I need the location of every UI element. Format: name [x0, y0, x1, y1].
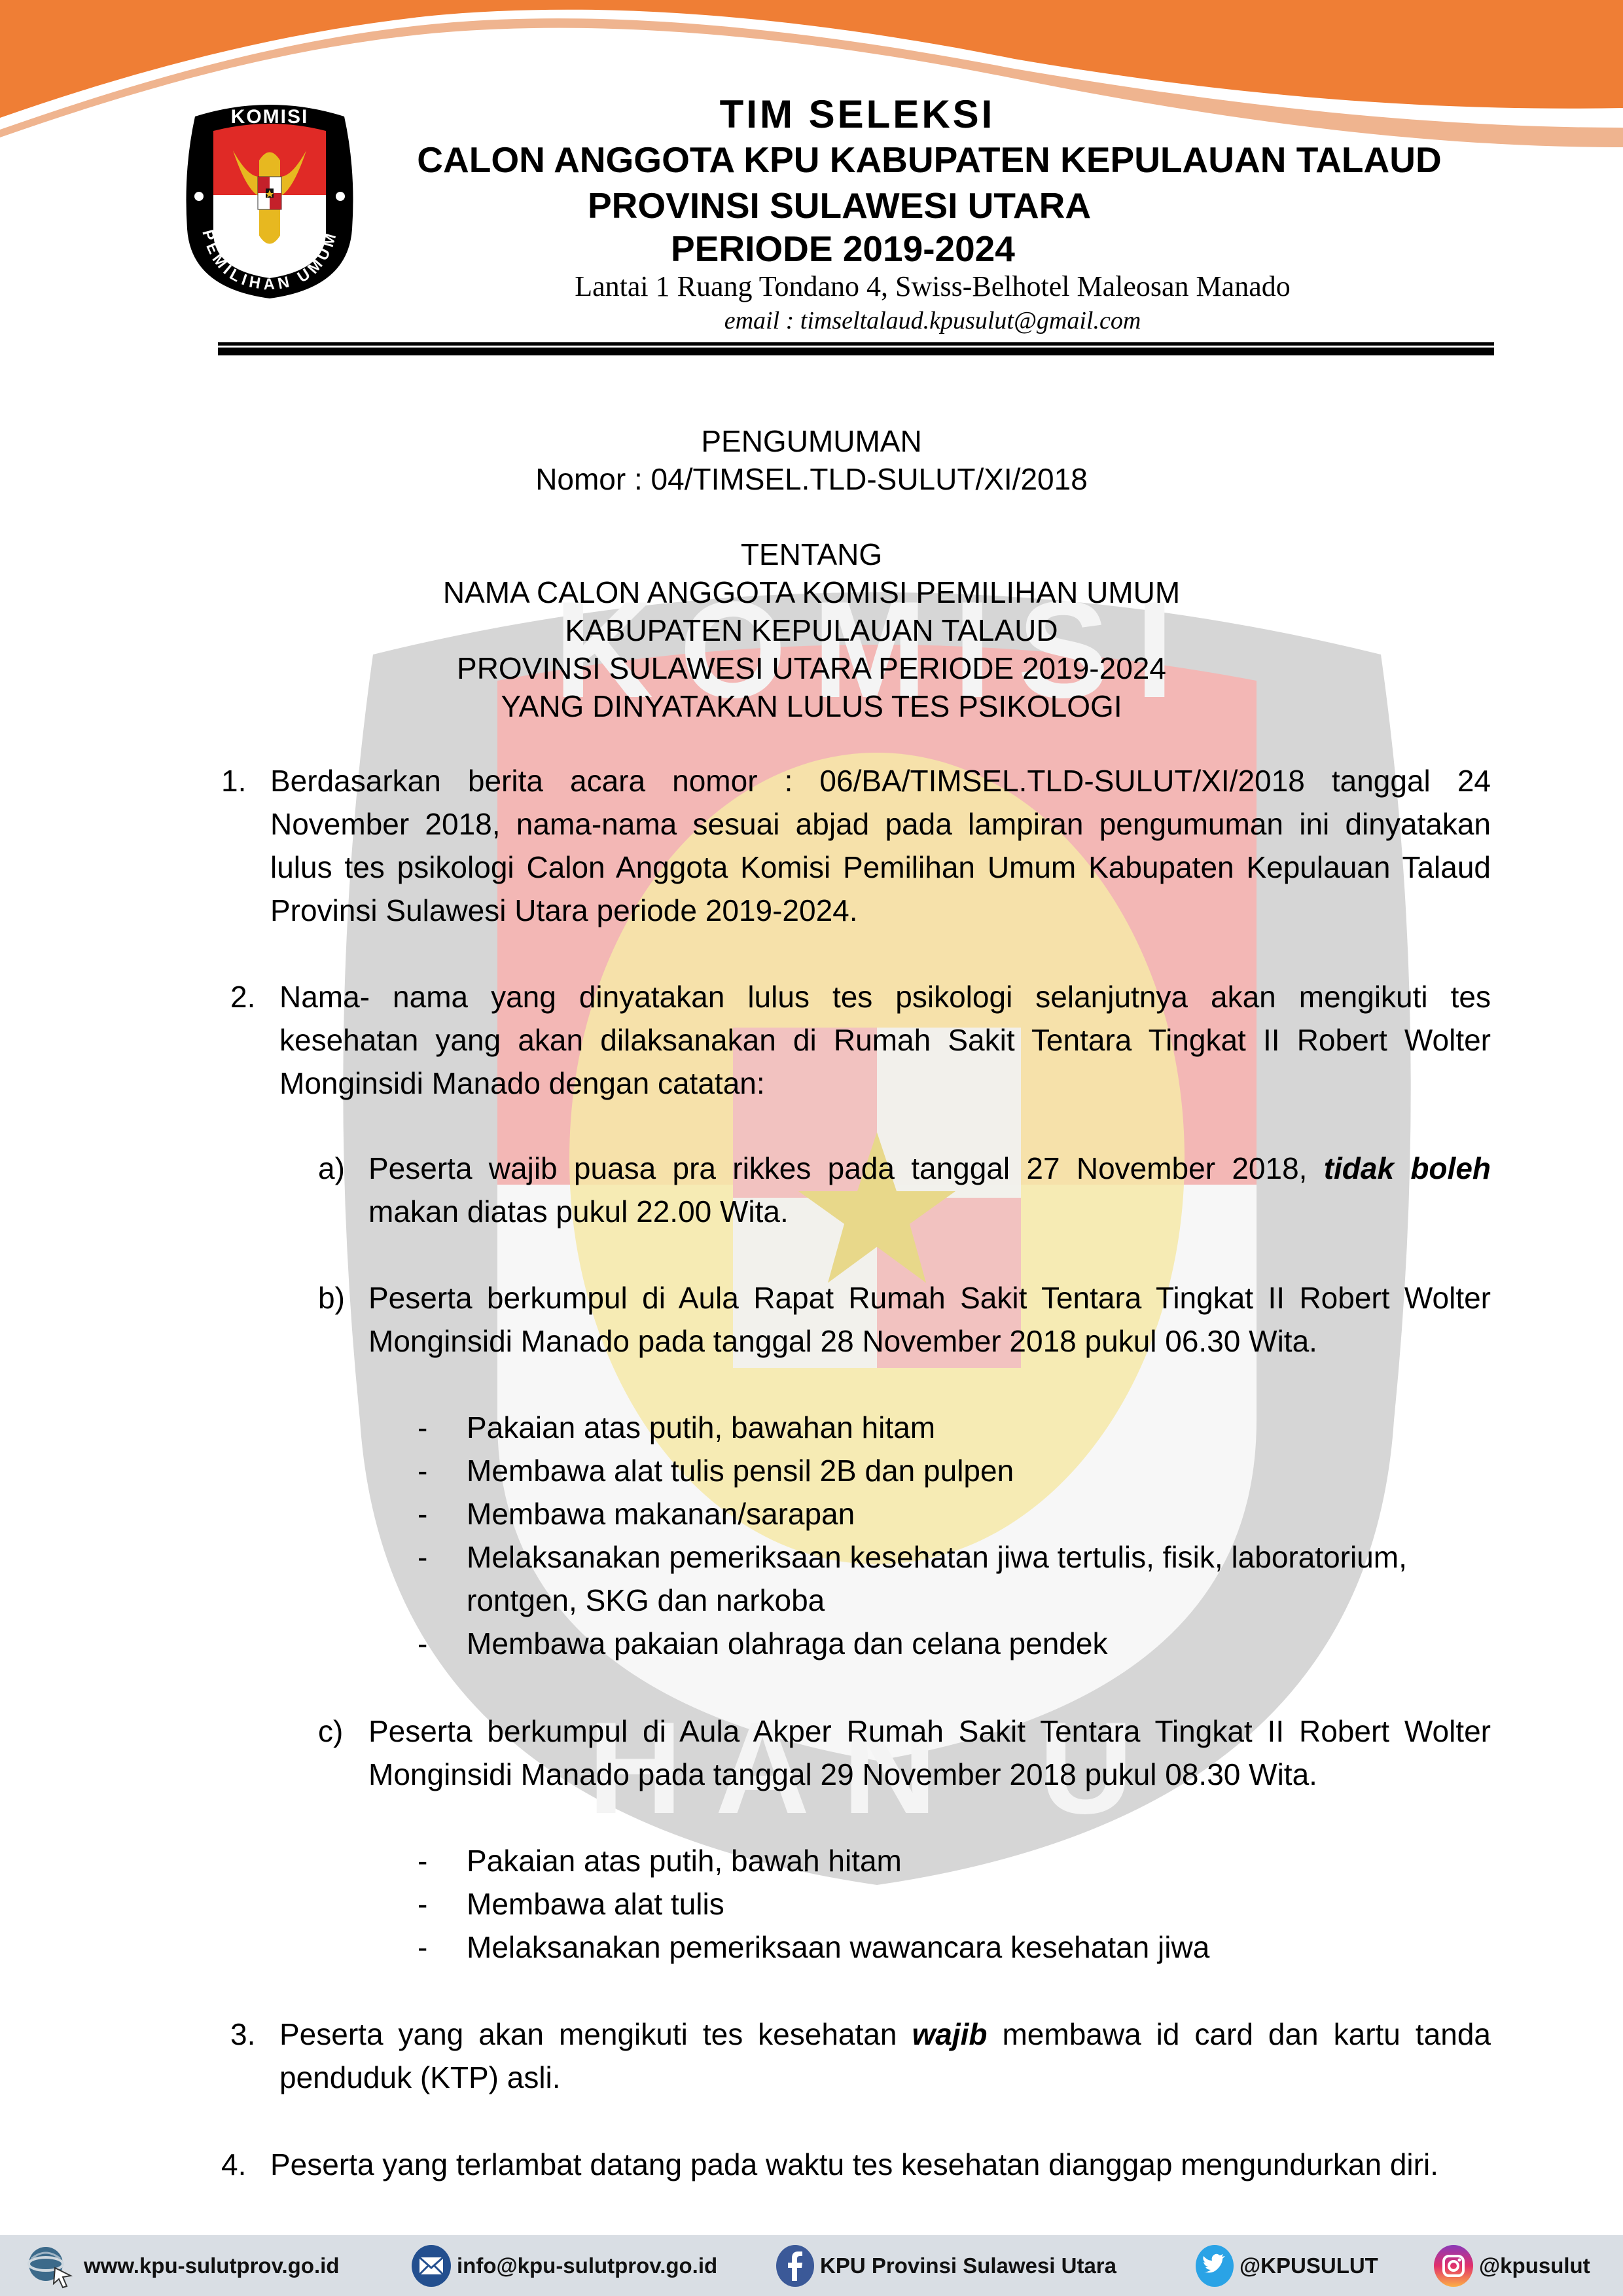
footer-instagram[interactable]: @kpusulut — [1433, 2235, 1590, 2296]
announcement-heading: PENGUMUMAN — [0, 422, 1623, 460]
twitter-icon — [1195, 2244, 1234, 2287]
item-number: 4. — [221, 2143, 246, 2186]
footer-facebook[interactable]: KPU Provinsi Sulawesi Utara — [776, 2235, 1116, 2296]
header-email: email : timseltalaud.kpusulut@gmail.com — [458, 306, 1407, 335]
kpu-logo: KOMISI PEMILIHAN UMUM — [181, 98, 359, 298]
item-4-text: Peserta yang terlambat datang pada waktu… — [270, 2143, 1491, 2186]
subitem-a-text: Peserta wajib puasa pra rikkes pada tang… — [368, 1147, 1491, 1233]
about-line: PROVINSI SULAWESI UTARA PERIODE 2019-202… — [0, 649, 1623, 687]
header-divider-thin — [218, 342, 1494, 346]
globe-icon — [25, 2243, 79, 2289]
footer-email[interactable]: info@kpu-sulutprov.go.id — [411, 2235, 717, 2296]
announcement-number: Nomor : 04/TIMSEL.TLD-SULUT/XI/2018 — [0, 460, 1623, 498]
footer-facebook-text: KPU Provinsi Sulawesi Utara — [820, 2253, 1116, 2278]
header-divider-thick — [218, 348, 1494, 355]
footer-twitter-text: @KPUSULUT — [1240, 2253, 1378, 2278]
about-label: TENTANG — [0, 535, 1623, 573]
emphasis-text: tidak boleh — [1324, 1151, 1491, 1185]
subitem-label: a) — [318, 1147, 345, 1190]
footer-instagram-text: @kpusulut — [1479, 2253, 1590, 2278]
header-title-line2: CALON ANGGOTA KPU KABUPATEN KEPULAUAN TA… — [366, 139, 1492, 181]
footer-email-text: info@kpu-sulutprov.go.id — [457, 2253, 717, 2278]
item-2-text: Nama- nama yang dinyatakan lulus tes psi… — [279, 975, 1491, 1105]
subitem-label: b) — [318, 1276, 345, 1319]
emphasis-text: wajib — [912, 2017, 987, 2051]
about-line: YANG DINYATAKAN LULUS TES PSIKOLOGI — [0, 687, 1623, 725]
item-number: 2. — [230, 975, 255, 1018]
item-number: 1. — [221, 759, 246, 802]
header-title-line1: TIM SELEKSI — [510, 92, 1204, 137]
footer-twitter[interactable]: @KPUSULUT — [1195, 2235, 1378, 2296]
logo-top-text: KOMISI — [231, 106, 309, 128]
footer-website-text: www.kpu-sulutprov.go.id — [84, 2253, 339, 2278]
header-title-line3: PROVINSI SULAWESI UTARA — [497, 185, 1283, 226]
announcement-heading-block: PENGUMUMAN Nomor : 04/TIMSEL.TLD-SULUT/X… — [0, 422, 1623, 498]
header-title-line4: PERIODE 2019-2024 — [524, 228, 1243, 270]
subitem-b-text: Peserta berkumpul di Aula Rapat Rumah Sa… — [368, 1276, 1491, 1363]
subitem-c-text: Peserta berkumpul di Aula Akper Rumah Sa… — [368, 1710, 1491, 1796]
about-line: KABUPATEN KEPULAUAN TALAUD — [0, 611, 1623, 649]
contact-footer: www.kpu-sulutprov.go.id info@kpu-sulutpr… — [0, 2235, 1623, 2296]
instagram-icon — [1433, 2244, 1474, 2287]
item-number: 3. — [230, 2013, 255, 2056]
facebook-icon — [776, 2244, 815, 2287]
header-address: Lantai 1 Ruang Tondano 4, Swiss-Belhotel… — [458, 270, 1407, 303]
footer-website[interactable]: www.kpu-sulutprov.go.id — [25, 2235, 339, 2296]
mail-icon — [411, 2244, 452, 2287]
item-3-text: Peserta yang akan mengikuti tes kesehata… — [279, 2013, 1491, 2099]
announcement-about-block: TENTANG NAMA CALON ANGGOTA KOMISI PEMILI… — [0, 535, 1623, 725]
item-1-text: Berdasarkan berita acara nomor : 06/BA/T… — [270, 759, 1491, 932]
subitem-label: c) — [318, 1710, 343, 1753]
about-line: NAMA CALON ANGGOTA KOMISI PEMILIHAN UMUM — [0, 573, 1623, 611]
